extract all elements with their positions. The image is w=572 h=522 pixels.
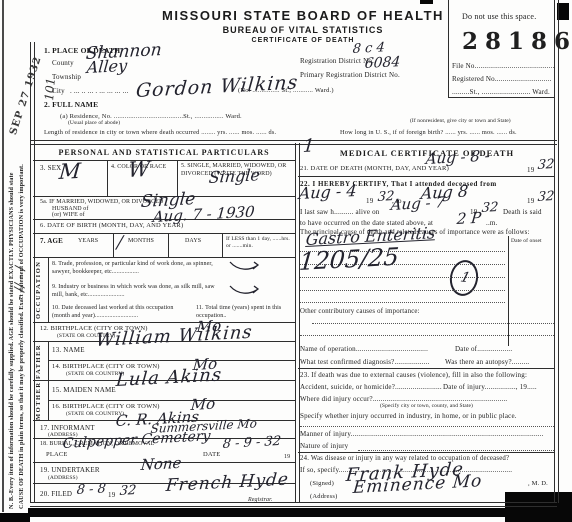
filed-year-value: 32	[119, 483, 137, 499]
number-box-bottom-line	[448, 97, 554, 98]
personal-header: PERSONAL AND STATISTICAL PARTICULARS	[35, 148, 293, 158]
color-value: W	[127, 157, 151, 182]
age-label: 7. AGE	[40, 237, 63, 245]
cause-code-value: 1205/25	[298, 243, 400, 276]
undertaker-label: 19. UNDERTAKER	[40, 466, 100, 474]
date-of-death-value: Aug - 8 -	[425, 147, 491, 168]
m-label: ..m.	[486, 219, 498, 227]
last-saw-year: 32	[481, 200, 499, 216]
last-saw-value: Aug - 7	[390, 193, 446, 214]
number-box-left-line	[448, 0, 449, 97]
attended-from-value: Aug - 4	[298, 181, 357, 203]
age-days-label: DAYS	[185, 238, 201, 246]
burial-date-label: DATE	[203, 451, 220, 459]
abode-hint: (Usual place of abode)	[68, 120, 120, 127]
form-subtitle-certificate: CERTIFICATE OF DEATH	[158, 37, 448, 45]
registered-no-label: Registered No...........................…	[452, 75, 551, 83]
sex-value: M	[58, 159, 82, 184]
mother-side-label: MOTHER	[35, 382, 47, 420]
pencil-marks: - // - /	[12, 266, 28, 301]
do-not-use-label: Do not use this space.	[462, 12, 536, 22]
filed-date-value: 8 - 8	[76, 481, 106, 498]
full-name-value: Gordon Wilkins	[135, 71, 299, 102]
foreign-birth-label: How long in U. S., if of foreign birth? …	[340, 129, 517, 137]
age-less-label: If LESS than 1 day, ......hrs. or ......…	[226, 236, 292, 250]
signed-label: (Signed)	[310, 480, 334, 488]
occ10-label: 10. Date deceased last worked at this oc…	[52, 305, 180, 320]
primary-district-value: 6084	[364, 54, 401, 72]
attended-from-year-prefix: 19	[366, 197, 373, 205]
age-months-label: MONTHS	[128, 238, 154, 246]
death-is-said-label: Death is said	[503, 208, 542, 216]
full-name-label: 2. FULL NAME	[44, 100, 98, 109]
filed-year-prefix: 19	[108, 491, 115, 499]
registration-district-label: Registration District No.	[300, 57, 374, 65]
scan-edge-line	[2, 0, 4, 512]
nonresident-hint: (If nonresident, give city or town and S…	[410, 118, 550, 125]
burial-date-value: 8 - 9 - 32	[222, 434, 282, 452]
registrar-signature: French Hyde	[165, 469, 290, 496]
form-subtitle-bureau: BUREAU OF VITAL STATISTICS	[158, 25, 448, 36]
mother-maiden-value: Lula Akins	[115, 364, 223, 391]
frame-bottom	[30, 502, 557, 507]
injury-place-type-label: Specify whether injury occurred in indus…	[300, 412, 517, 420]
columns-top-line	[30, 140, 557, 145]
manner-of-injury-label: Manner of injury........................…	[300, 430, 544, 438]
father-name-label: 13. NAME	[52, 346, 85, 354]
autopsy-label: Was there an autopsy?.........	[445, 358, 529, 366]
registrar-label: Registrar.	[248, 497, 273, 505]
form-title: MISSOURI STATE BOARD OF HEALTH	[158, 8, 448, 24]
death-time-value: 2 P	[456, 209, 482, 228]
margin-note: N. B.-Every item of information should b…	[7, 4, 27, 509]
attended-to-year-prefix: 19	[527, 197, 534, 205]
city-label: City	[52, 87, 65, 95]
address-label: (Address)	[310, 493, 337, 501]
scan-artifact-top	[420, 0, 433, 4]
margin-note-line1: N. B.-Every item of information should b…	[7, 4, 17, 509]
test-label: What test confirmed diagnosis?..........…	[300, 358, 430, 366]
occupation-side-label: OCCUPATION	[35, 258, 47, 321]
ditto-mark-icon	[228, 282, 262, 298]
last-saw-label: I last saw h.......... alive on	[300, 208, 380, 216]
accident-label: Accident, suicide, or homicide?.........…	[300, 383, 442, 391]
city-dots: . ... .. ... . ... ... ... ...	[70, 87, 129, 95]
operation-label: Name of operation.......................…	[300, 345, 428, 353]
date-of-onset-label: Date of onset	[511, 238, 555, 245]
marital-value: Single	[208, 165, 261, 187]
injury-date-label: Date of injury................, 19.....	[443, 383, 537, 391]
ditto-mark-icon	[228, 258, 262, 274]
father-side-label: FATHER	[35, 342, 47, 380]
burial-place-label: PLACE	[46, 451, 68, 459]
county-label: County	[52, 59, 74, 67]
scan-artifact-corner	[505, 492, 572, 522]
md-label: , M. D.	[528, 480, 548, 488]
length-of-residence-label: Length of residence in city or town wher…	[44, 129, 276, 137]
dod-year-value: 32	[537, 157, 555, 173]
frame-right	[554, 0, 559, 503]
nature-of-injury-label: Nature of injury	[300, 442, 348, 450]
mother-maiden-label: 15. MAIDEN NAME	[52, 386, 116, 394]
st-ward-label: .........St., ......................... …	[452, 88, 550, 96]
death-certificate-scan: N. B.-Every item of information should b…	[0, 0, 572, 522]
occ8-label: 8. Trade, profession, or particular kind…	[52, 261, 222, 276]
attended-to-year: 32	[537, 189, 555, 205]
dod-year-prefix: 19	[527, 166, 534, 174]
certificate-number: 28186	[462, 28, 572, 55]
contributory-label: Other contributory causes of importance:	[300, 308, 420, 316]
age-years-label: YEARS	[78, 238, 98, 246]
file-no-label: File No.................................…	[452, 62, 555, 70]
undertaker-address-label: (ADDRESS)	[48, 475, 78, 482]
scan-artifact-bottom-bar	[28, 508, 506, 517]
filed-label: 20. FILED	[40, 490, 72, 498]
township-value: Alley	[86, 56, 128, 77]
age-months-mark: /	[116, 233, 123, 253]
township-label: Township	[52, 73, 81, 81]
primary-district-label: Primary Registration District No.	[300, 71, 400, 79]
where-injury-hint: (Specify city or town, county, and State…	[380, 403, 473, 410]
external-causes-label: 23. If death was due to external causes …	[300, 371, 527, 379]
occ9-label: 9. Industry or business in which work wa…	[52, 284, 222, 299]
undertaker-value: None	[140, 454, 182, 474]
operation-date-label: Date of..................	[455, 345, 512, 353]
scan-artifact-bottom-left	[0, 513, 30, 522]
burial-year-label: 19	[284, 454, 290, 462]
